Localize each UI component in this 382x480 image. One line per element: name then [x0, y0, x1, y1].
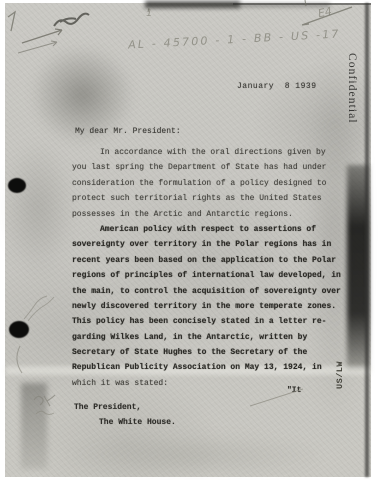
catchword: "It [287, 386, 301, 395]
file-code-stamp: US/LW [342, 352, 356, 400]
body-line: Republican Publicity Association on May … [72, 360, 334, 375]
body-line: possesses in the Arctic and Antarctic re… [72, 207, 334, 222]
body-line: newly discovered territory in the more t… [72, 299, 334, 314]
page-right-edge [365, 3, 369, 477]
page-number-annotation: 1 [146, 8, 152, 19]
body-line: In accordance with the oral directions g… [72, 145, 334, 160]
body-line: the main, to control the acquisition of … [72, 284, 334, 299]
body-line: garding Wilkes Land, in the Antarctic, w… [72, 330, 334, 345]
body-line: This policy has been concisely stated in… [72, 314, 334, 329]
scan-smudge [238, 3, 330, 7]
body-line: protect such territorial rights as the U… [72, 191, 334, 206]
scan-smudge [145, 1, 240, 8]
body-line: American policy with respect to assertio… [72, 222, 334, 237]
body-line: recent years been based on the applicati… [72, 253, 334, 268]
file-number-annotation: AL - 45700 - 1 - BB - US -17 [128, 27, 341, 51]
body-line: sovereignty over territory in the Polar … [72, 237, 334, 252]
document-page: Confidential US/LW AL - 45700 - 1 - BB -… [5, 3, 371, 477]
letter-body: In accordance with the oral directions g… [72, 145, 334, 391]
addressee-line: The President, [74, 403, 141, 412]
body-line: Secretary of State Hughes to the Secreta… [72, 345, 334, 360]
page-top-edge [233, 3, 371, 5]
file-code-text: US/LW [335, 361, 345, 389]
confidential-stamp: Confidential [346, 53, 358, 145]
body-line: consideration the formulation of a polic… [72, 176, 334, 191]
salutation: My dear Mr. President: [75, 127, 181, 136]
stain-smudge [65, 433, 325, 478]
body-line: you last spring the Department of State … [72, 160, 334, 175]
body-line: regions of principles of international l… [72, 268, 334, 283]
hole-punch-top [8, 178, 26, 193]
binding-shadow-smudge [347, 165, 369, 370]
corner-mark-annotation: E4 [317, 5, 333, 21]
stain-smudge [1, 141, 75, 276]
hole-punch-bottom [9, 321, 29, 338]
date-line: January 8 1939 [237, 82, 317, 91]
scanned-letter: Confidential US/LW AL - 45700 - 1 - BB -… [0, 0, 382, 480]
crease-smudge [21, 383, 47, 469]
addressee-line: The White House. [99, 418, 176, 427]
